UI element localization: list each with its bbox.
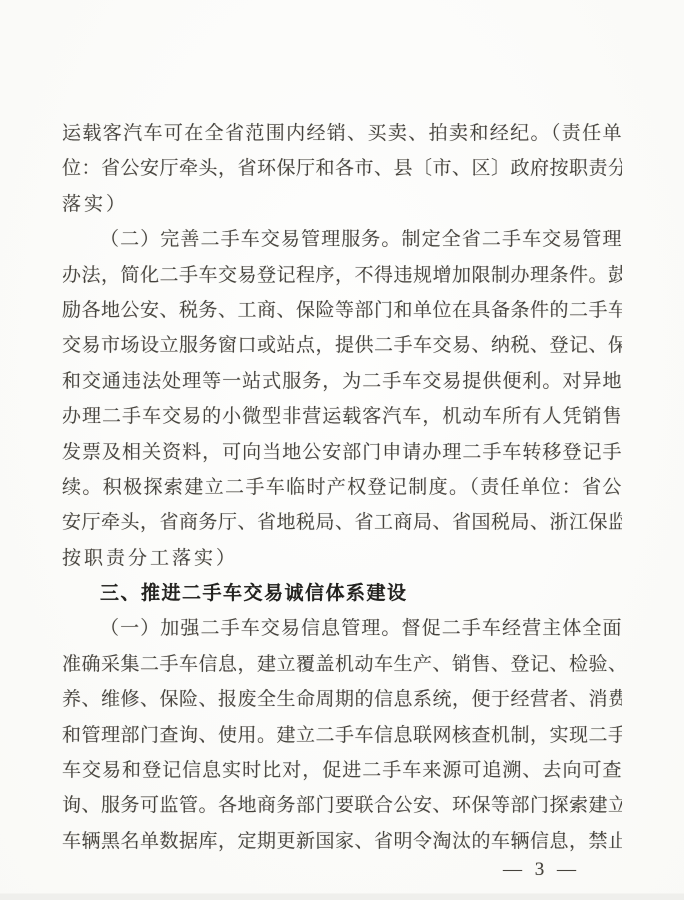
text-line: （一）加强二手车交易信息管理。督促二手车经营主体全面 [62, 611, 622, 646]
scan-bottom-edge [0, 893, 684, 900]
text-line: 励各地公安、税务、工商、保险等部门和单位在具备条件的二手车 [62, 293, 622, 328]
text-line: 发票及相关资料，可向当地公安部门申请办理二手车转移登记手 [62, 435, 622, 470]
text-line: 运载客汽车可在全省范围内经销、买卖、拍卖和经纪。（责任单 [62, 116, 622, 151]
text-line: 和交通违法处理等一站式服务，为二手车交易提供便利。对异地 [62, 364, 622, 399]
text-line: 安厅牵头，省商务厅、省地税局、省工商局、省国税局、浙江保监局 [62, 505, 622, 540]
text-line: 交易市场设立服务窗口或站点，提供二手车交易、纳税、登记、保险 [62, 328, 622, 363]
document-page: 运载客汽车可在全省范围内经销、买卖、拍卖和经纪。（责任单位：省公安厅牵头，省环保… [0, 0, 684, 900]
text-line: 办法，简化二手车交易登记程序，不得违规增加限制办理条件。鼓 [62, 258, 622, 293]
text-line: 位：省公安厅牵头，省环保厅和各市、县〔市、区〕政府按职责分工 [62, 151, 622, 186]
text-line: 询、服务可监管。各地商务部门要联合公安、环保等部门探索建立 [62, 788, 622, 823]
text-line: 和管理部门查询、使用。建立二手车信息联网核查机制，实现二手 [62, 718, 622, 753]
document-text-block: 运载客汽车可在全省范围内经销、买卖、拍卖和经纪。（责任单位：省公安厅牵头，省环保… [62, 116, 622, 859]
text-line: 办理二手车交易的小微型非营运载客汽车，机动车所有人凭销售 [62, 399, 622, 434]
text-line: 按职责分工落实） [62, 541, 622, 576]
text-line: 准确采集二手车信息，建立覆盖机动车生产、销售、登记、检验、保 [62, 647, 622, 682]
text-line: 续。积极探索建立二手车临时产权登记制度。（责任单位：省公 [62, 470, 622, 505]
text-line: 车辆黑名单数据库，定期更新国家、省明令淘汰的车辆信息，禁止 [62, 824, 622, 859]
text-line: 车交易和登记信息实时比对，促进二手车来源可追溯、去向可查 [62, 753, 622, 788]
text-line: 养、维修、保险、报废全生命周期的信息系统，便于经营者、消费者 [62, 682, 622, 717]
text-line: （二）完善二手车交易管理服务。制定全省二手车交易管理 [62, 222, 622, 257]
text-line: 落实） [62, 187, 622, 222]
section-heading: 三、推进二手车交易诚信体系建设 [62, 576, 622, 611]
page-number: — 3 — [503, 856, 580, 884]
